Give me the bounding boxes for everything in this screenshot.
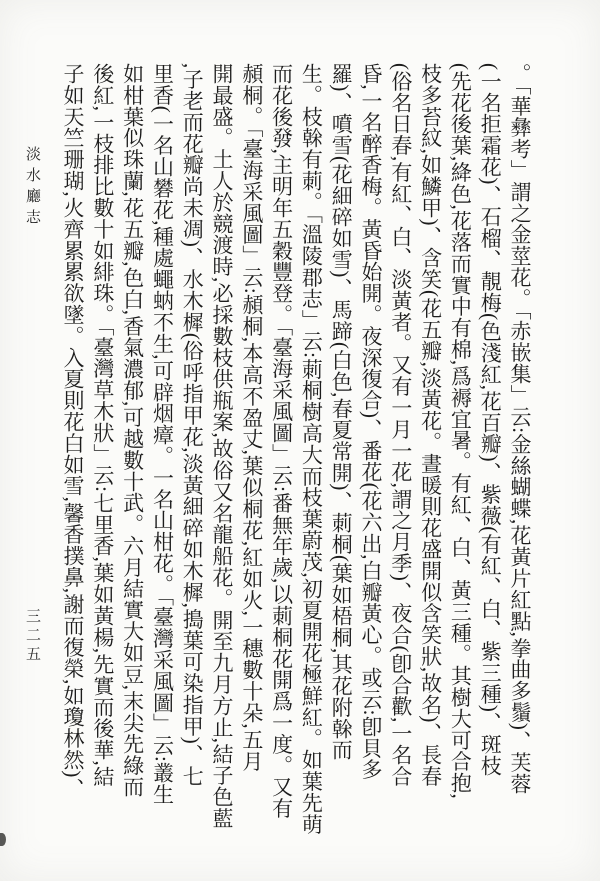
text-column: 生。枝榦有莿。「溫陵郡志」云:莿桐樹高大而枝葉蔚茂,初夏開花極鮮紅。如葉先萌 [296, 63, 326, 878]
scan-artifact [0, 833, 6, 846]
main-text-block: 。「華彝考」謂之金莖花。「赤嵌集」云:金絲蝴蝶,花黃片紅點,拳曲多鬚)、芙蓉 (… [57, 63, 534, 878]
text-column: 頳桐。「臺海采風圖」云:頳桐,本高不盈丈,葉似桐花,紅如火,一穗數十朵,五月 [236, 63, 266, 878]
text-column: ,子老而花瓣尚未凋)、水木樨(俗呼指甲花,淡黃細碎如木樨,搗葉可染指甲)、七 [176, 63, 206, 878]
text-column: (俗名日春,有紅、白、淡黃者。又有一月一花,謂之月季)、夜合(卽合歡,一名合 [385, 63, 415, 878]
scanned-book-page: 淡水廳志 三二五 。「華彝考」謂之金莖花。「赤嵌集」云:金絲蝴蝶,花黃片紅點,拳… [0, 0, 600, 881]
text-column: 開最盛。土人於競渡時,必採數枝供瓶案,故俗又名龍船花。開至九月方止,結子色藍 [206, 63, 236, 878]
text-column: 如柑葉似珠蘭,花五瓣,色白,香氣濃郁,可越數十武。六月結實大如豆,末尖先綠而 [117, 63, 147, 878]
text-column: 枝多苔紋,如鱗甲)、含笑(花五瓣,淡黃花。晝暖則花盛開似含笑狀,故名)、長春 [415, 63, 445, 878]
page-number: 三二五 [22, 608, 43, 665]
text-column: 而花後發,主明年五穀豐登。「臺海采風圖」云:番無年歲,以莿桐花開爲一度。又有 [266, 63, 296, 878]
text-column: 羅)、噴雪(花細碎如雪)、馬蹄(白色,春夏常開)、莿桐(葉如梧桐,其花附榦而 [325, 63, 355, 878]
text-column: (一名拒霜花)、石榴、靚梅(色淺紅,花百瓣)、紫薇(有紅、白、紫三種)、斑枝 [474, 63, 504, 878]
text-column: 。「華彝考」謂之金莖花。「赤嵌集」云:金絲蝴蝶,花黃片紅點,拳曲多鬚)、芙蓉 [504, 63, 534, 878]
running-title: 淡水廳志 [22, 146, 43, 230]
text-column: 里香(一名山礬花,種處蠅蚋不生,可辟烟瘴。一名山柑花。「臺灣采風圖」云:叢生 [147, 63, 177, 878]
text-column: 子如天竺珊瑚,火齊累累欲墜。入夏則花白如雪,馨香撲鼻,謝而復榮,如瓊林然)、 [57, 63, 87, 878]
text-column: (先花後葉,絳色,花落而實中有棉,爲褥宜暑。有紅、白、黃三種。其樹大可合抱, [445, 63, 475, 878]
text-column: 後紅,一枝排比數十如緋珠。「臺灣草木狀」云:七里香,葉如黃楊,先實而後華,結 [87, 63, 117, 878]
text-column: 昏,一名醉香梅。黃昏始開。夜深復合)、番花(花六出,白瓣黃心。或云:卽貝多 [355, 63, 385, 878]
